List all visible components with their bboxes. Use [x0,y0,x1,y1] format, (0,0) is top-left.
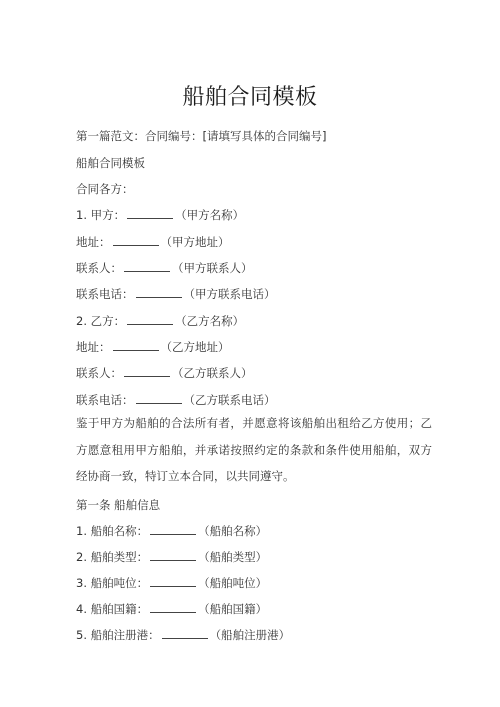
ship-port-line: 5. 船舶注册港：（船舶注册港） [76,627,290,643]
field-label: 2. 船舶类型： [76,550,148,564]
field-label: 地址： [76,235,111,249]
document-title: 船舶合同模板 [0,80,500,111]
field-label: 5. 船舶注册港： [76,628,160,642]
preamble-paragraph: 鉴于甲方为船舶的合法所有者，并愿意将该船舶出租给乙方使用；乙方愿意租用甲方船舶，… [76,410,432,490]
field-label: 1. 船舶名称： [76,524,148,538]
ship-type-line: 2. 船舶类型：（船舶类型） [76,549,267,565]
field-label: 1. 甲方： [76,208,125,222]
ship-name-line: 1. 船舶名称：（船舶名称） [76,523,267,539]
field-label: 地址： [76,340,111,354]
contract-number-line: 第一篇范文：合同编号：[请填写具体的合同编号] [76,128,326,144]
field-hint: （船舶类型） [198,550,267,564]
blank-field [127,313,173,325]
field-hint: （甲方联系电话） [184,287,276,301]
party-b-phone-line: 联系电话：（乙方联系电话） [76,392,276,408]
field-hint: （甲方联系人） [172,261,253,275]
blank-field [150,575,196,587]
party-a-address-line: 地址：（甲方地址） [76,234,230,250]
blank-field [124,260,170,272]
field-label: 联系电话： [76,393,134,407]
party-a-phone-line: 联系电话：（甲方联系电话） [76,286,276,302]
blank-field [136,286,182,298]
blank-field [127,207,173,219]
field-hint: （船舶名称） [198,524,267,538]
ship-nationality-line: 4. 船舶国籍：（船舶国籍） [76,601,267,617]
blank-field [113,234,159,246]
field-hint: （船舶注册港） [210,628,291,642]
section-heading: 第一条 船舶信息 [76,497,160,513]
blank-field [113,339,159,351]
party-b-name-line: 2. 乙方：（乙方名称） [76,313,244,329]
party-a-contact-line: 联系人：（甲方联系人） [76,260,253,276]
blank-field [124,365,170,377]
ship-tonnage-line: 3. 船舶吨位：（船舶吨位） [76,575,267,591]
field-hint: （甲方名称） [175,208,244,222]
party-b-contact-line: 联系人：（乙方联系人） [76,365,253,381]
parties-heading: 合同各方： [76,181,134,197]
field-label: 联系电话： [76,287,134,301]
party-a-name-line: 1. 甲方：（甲方名称） [76,207,244,223]
blank-field [150,601,196,613]
field-label: 联系人： [76,366,122,380]
field-label: 3. 船舶吨位： [76,576,148,590]
subtitle-line: 船舶合同模板 [76,155,145,171]
field-hint: （乙方名称） [175,314,244,328]
field-hint: （船舶吨位） [198,576,267,590]
blank-field [150,549,196,561]
party-b-address-line: 地址：（乙方地址） [76,339,230,355]
field-label: 联系人： [76,261,122,275]
field-hint: （乙方联系电话） [184,393,276,407]
field-label: 2. 乙方： [76,314,125,328]
field-hint: （船舶国籍） [198,602,267,616]
blank-field [162,627,208,639]
blank-field [136,392,182,404]
field-hint: （乙方地址） [161,340,230,354]
blank-field [150,523,196,535]
field-label: 4. 船舶国籍： [76,602,148,616]
field-hint: （甲方地址） [161,235,230,249]
field-hint: （乙方联系人） [172,366,253,380]
